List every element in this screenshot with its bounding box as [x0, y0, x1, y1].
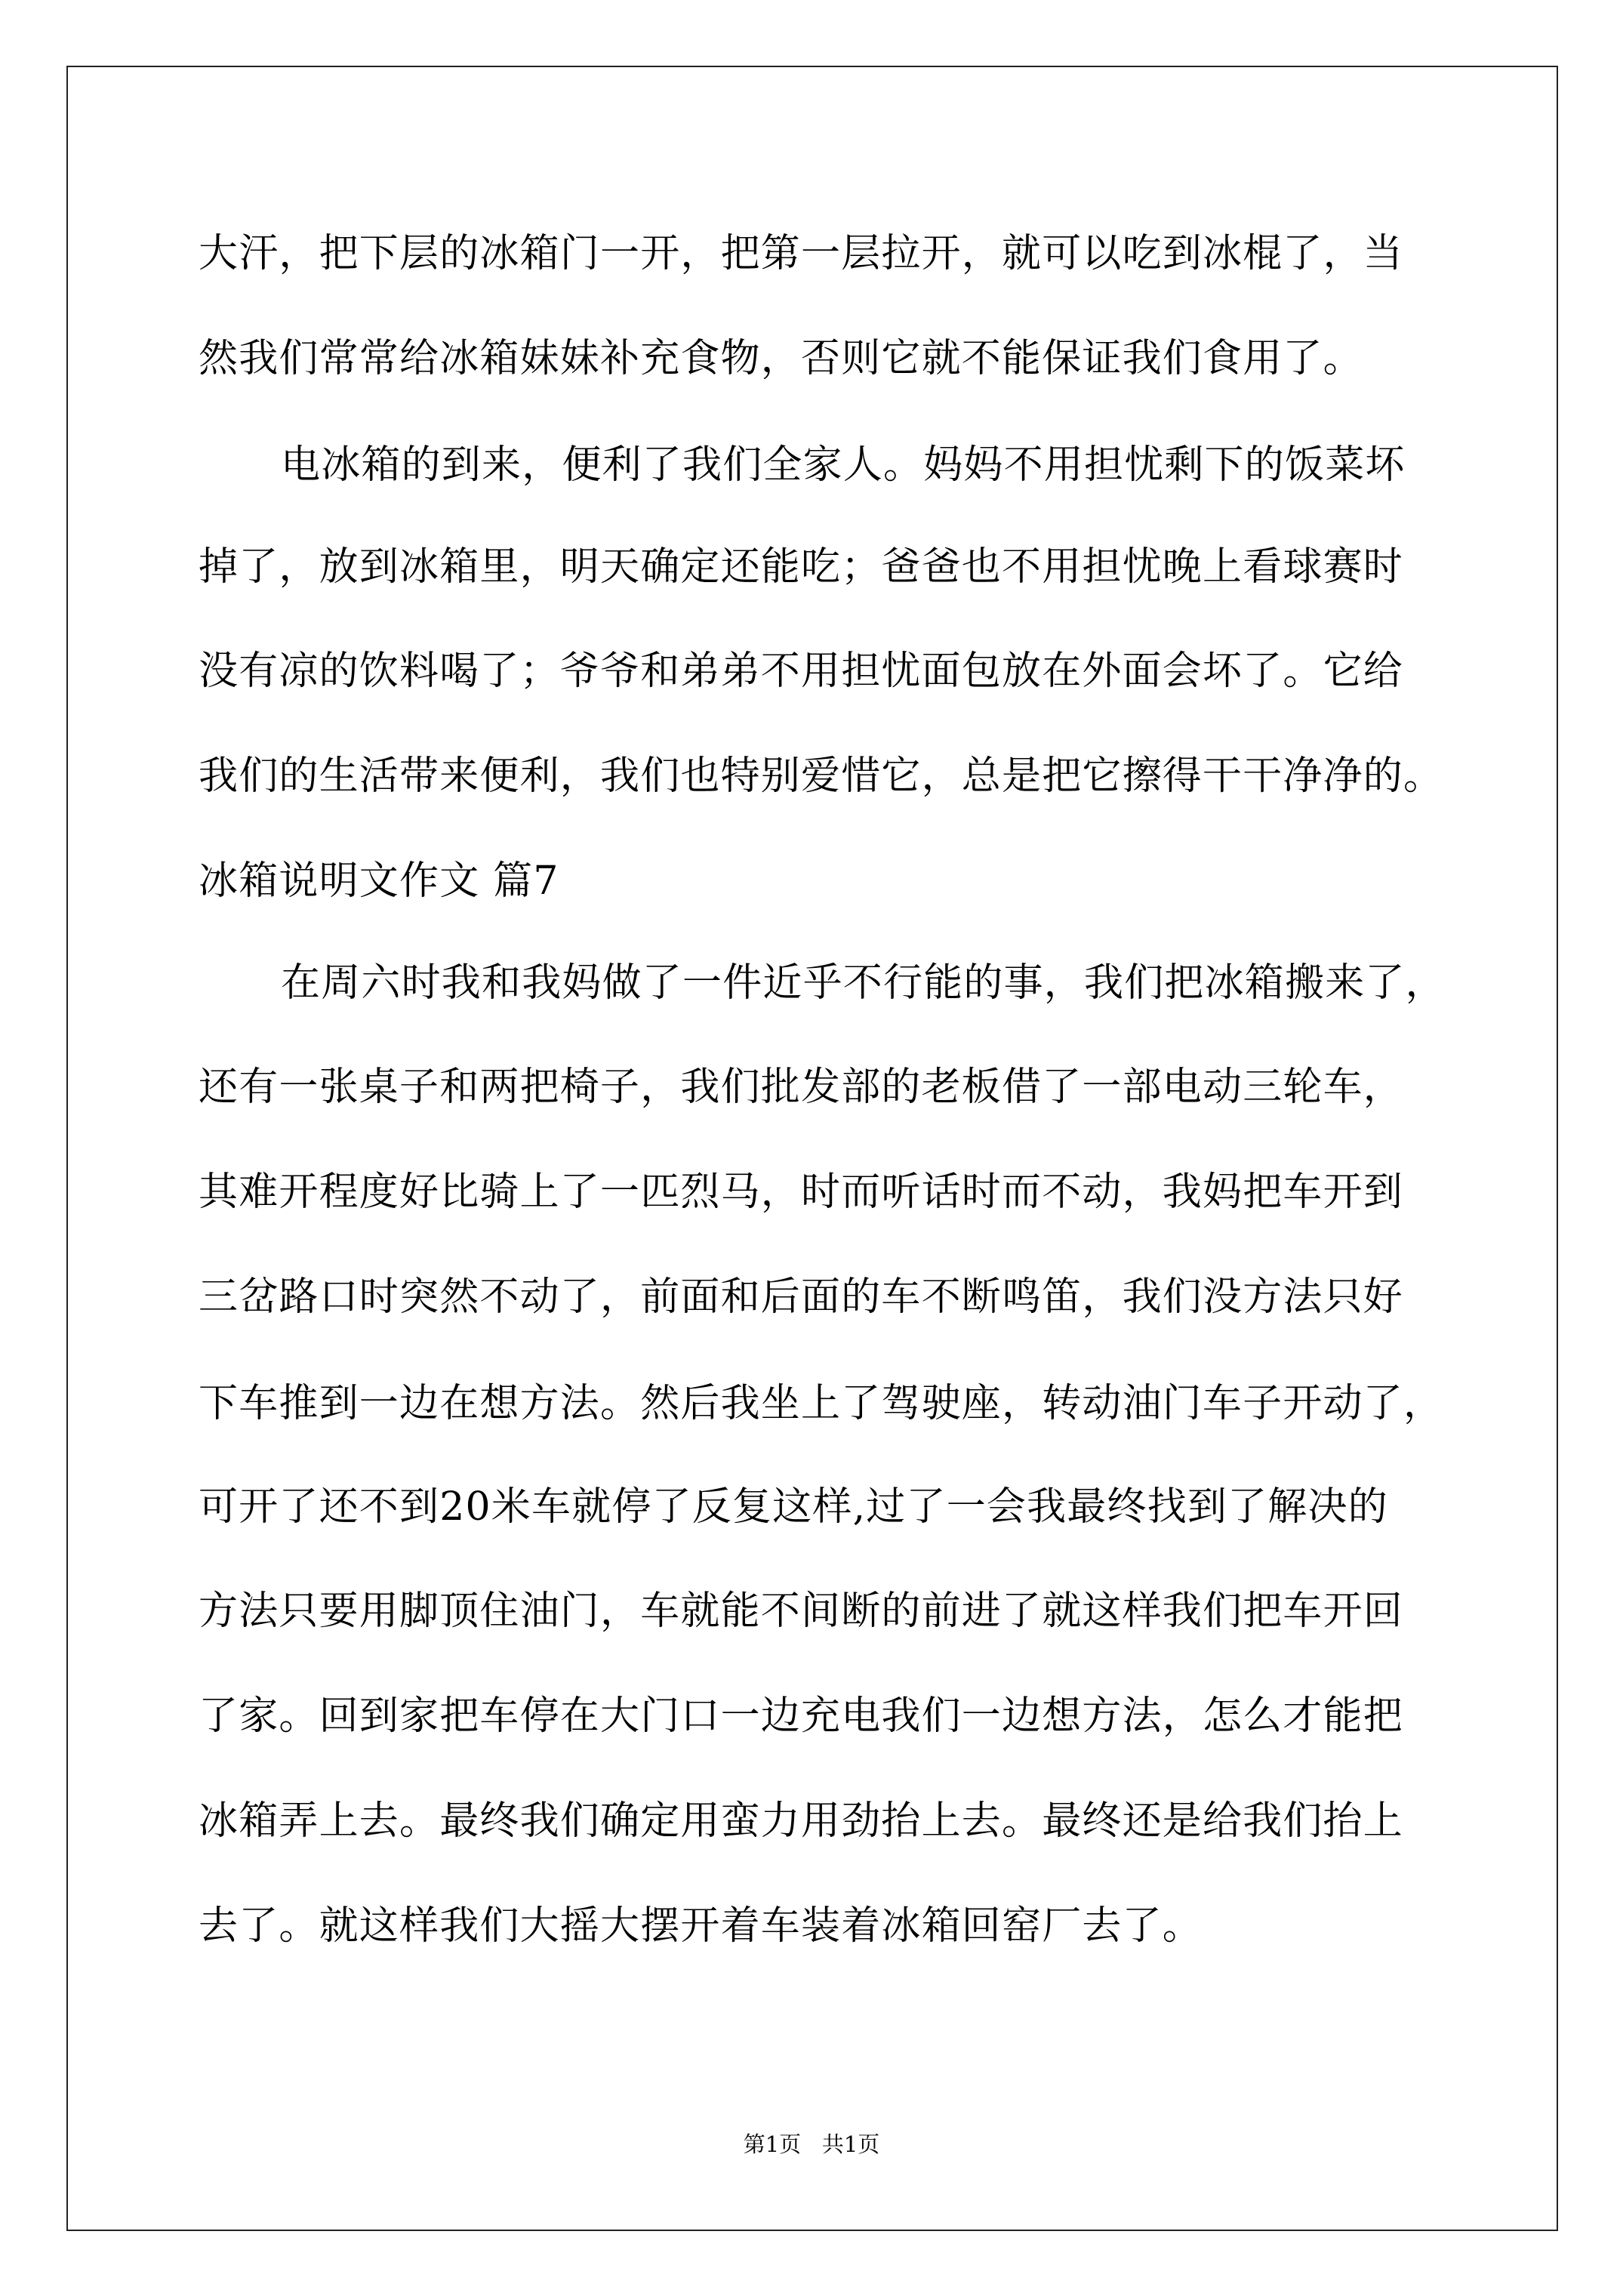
text-line: 其难开程度好比骑上了一匹烈马，时而听话时而不动，我妈把车开到 [199, 1170, 1403, 1215]
text-line: 去了。就这样我们大摇大摆开着车装着冰箱回窑厂去了。 [199, 1903, 1203, 1949]
text-line: 冰箱弄上去。最终我们确定用蛮力用劲抬上去。最终还是给我们抬上 [199, 1798, 1403, 1844]
text-line: 还有一张桌子和两把椅子，我们批发部的老板借了一部电动三轮车， [199, 1065, 1403, 1110]
page-number-footer: 第1页 共1页 [0, 2131, 1623, 2158]
section-heading: 冰箱说明文作文 篇7 [199, 858, 559, 904]
text-line: 然我们常常给冰箱妹妹补充食物，否则它就不能保证我们食用了。 [199, 336, 1363, 381]
text-line: 掉了，放到冰箱里，明天确定还能吃；爸爸也不用担忧晚上看球赛时 [199, 544, 1403, 590]
text-line: 三岔路口时突然不动了，前面和后面的车不断鸣笛，我们没方法只好 [199, 1274, 1403, 1320]
text-line: 大汗，把下层的冰箱门一开，把第一层拉开，就可以吃到冰棍了，当 [199, 231, 1403, 276]
text-line: 方法只要用脚顶住油门，车就能不间断的前进了就这样我们把车开回 [199, 1589, 1403, 1634]
text-line: 我们的生活带来便利，我们也特别爱惜它，总是把它擦得干干净净的。 [199, 754, 1443, 799]
text-line: 没有凉的饮料喝了；爷爷和弟弟不用担忧面包放在外面会坏了。它给 [199, 649, 1403, 694]
text-line: 下车推到一边在想方法。然后我坐上了驾驶座，转动油门车子开动了， [199, 1381, 1443, 1426]
paragraph-start-line: 电冰箱的到来，便利了我们全家人。妈妈不用担忧剩下的饭菜坏 [281, 442, 1406, 488]
text-line: 可开了还不到20米车就停了反复这样,过了一会我最终找到了解决的 [199, 1484, 1388, 1530]
paragraph-start-line: 在周六时我和我妈做了一件近乎不行能的事，我们把冰箱搬来了， [281, 960, 1446, 1006]
text-line: 了家。回到家把车停在大门口一边充电我们一边想方法，怎么才能把 [199, 1693, 1403, 1739]
